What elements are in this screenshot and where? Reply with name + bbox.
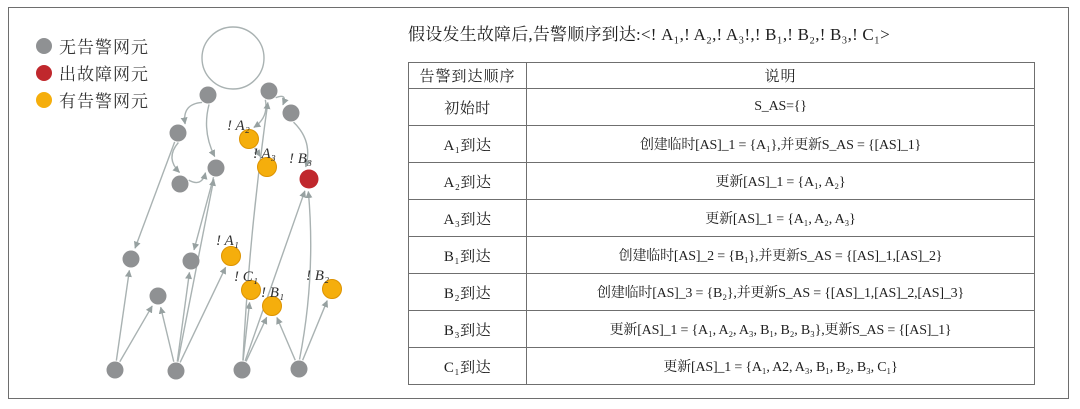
description-cell: 更新[AS]_1 = {A₁, A₂, A₃} xyxy=(527,200,1035,237)
yellow-node xyxy=(222,247,241,266)
figure: ! A₂! A₃! B₃! A₁! C₁! B₁! B₂ 无告警网元 出故障网元… xyxy=(0,0,1080,409)
node-label: ! B₃ xyxy=(289,151,312,167)
node-label: ! A₂ xyxy=(227,118,250,134)
description-cell: 创建临时[AS]_2 = {B₁},并更新S_AS = {[AS]_1,[AS]… xyxy=(527,237,1035,274)
table-row: B₂到达 创建临时[AS]_3 = {B₂},并更新S_AS = {[AS]_1… xyxy=(409,274,1035,311)
description-cell: 创建临时[AS]_1 = {A₁},并更新S_AS = {[AS]_1} xyxy=(527,126,1035,163)
order-cell: 初始时 xyxy=(409,89,527,126)
column-header-description: 说明 xyxy=(527,63,1035,89)
node-label: ! A₃ xyxy=(253,146,276,162)
gray-node xyxy=(170,125,187,142)
gray-node xyxy=(107,362,124,379)
gray-node xyxy=(150,288,167,305)
gray-node xyxy=(261,83,278,100)
order-cell: A₃到达 xyxy=(409,200,527,237)
alarm-order-table: 告警到达顺序 说明 初始时 S_AS={} A₁到达 创建临时[AS]_1 = … xyxy=(408,62,1035,385)
table-row: B₁到达 创建临时[AS]_2 = {B₁},并更新S_AS = {[AS]_1… xyxy=(409,237,1035,274)
legend-label: 出故障网元 xyxy=(59,60,149,85)
legend-label: 有告警网元 xyxy=(59,87,149,112)
table-header-row: 告警到达顺序 说明 xyxy=(409,63,1035,89)
node-label: ! B₂ xyxy=(306,268,329,284)
table-row: A₃到达 更新[AS]_1 = {A₁, A₂, A₃} xyxy=(409,200,1035,237)
description-cell: S_AS={} xyxy=(527,89,1035,126)
alarm-sequence-heading: 假设发生故障后,告警顺序到达:<! A₁,! A₂,! A₃!,! B₁,! B… xyxy=(408,24,1035,46)
description-cell: 创建临时[AS]_3 = {B₂},并更新S_AS = {[AS]_1,[AS]… xyxy=(527,274,1035,311)
table-row: A₂到达 更新[AS]_1 = {A₁, A₂} xyxy=(409,163,1035,200)
table-row: 初始时 S_AS={} xyxy=(409,89,1035,126)
table-row: A₁到达 创建临时[AS]_1 = {A₁},并更新S_AS = {[AS]_1… xyxy=(409,126,1035,163)
legend-item-alarmed: 有告警网元 xyxy=(36,86,149,113)
legend-label: 无告警网元 xyxy=(59,33,149,58)
gray-node xyxy=(123,251,140,268)
node-label: ! C₁ xyxy=(234,269,258,285)
order-cell: B₁到达 xyxy=(409,237,527,274)
order-cell: C₁到达 xyxy=(409,348,527,385)
gray-node xyxy=(183,253,200,270)
table-row: B₃到达 更新[AS]_1 = {A₁, A₂, A₃, B₁, B₂, B₃}… xyxy=(409,311,1035,348)
gray-node xyxy=(208,160,225,177)
gray-node xyxy=(283,105,300,122)
description-cell: 更新[AS]_1 = {A₁, A₂, A₃, B₁, B₂, B₃},更新S_… xyxy=(527,311,1035,348)
table-row: C₁到达 更新[AS]_1 = {A₁, A2, A₃, B₁, B₂, B₃,… xyxy=(409,348,1035,385)
red-node xyxy=(300,170,319,189)
gray-node xyxy=(172,176,189,193)
description-cell: 更新[AS]_1 = {A₁, A2, A₃, B₁, B₂, B₃, C₁} xyxy=(527,348,1035,385)
description-cell: 更新[AS]_1 = {A₁, A₂} xyxy=(527,163,1035,200)
node-label: ! B₁ xyxy=(261,285,284,301)
order-cell: A₂到达 xyxy=(409,163,527,200)
yellow-node-icon xyxy=(36,92,52,108)
gray-node xyxy=(168,363,185,380)
gray-node xyxy=(291,361,308,378)
legend-item-faulty: 出故障网元 xyxy=(36,59,149,86)
legend-item-no-alarm: 无告警网元 xyxy=(36,32,149,59)
gray-node xyxy=(200,87,217,104)
node-label: ! A₁ xyxy=(216,233,239,249)
order-cell: B₃到达 xyxy=(409,311,527,348)
gray-node xyxy=(234,362,251,379)
order-cell: A₁到达 xyxy=(409,126,527,163)
column-header-order: 告警到达顺序 xyxy=(409,63,527,89)
order-cell: B₂到达 xyxy=(409,274,527,311)
alarm-description-panel: 假设发生故障后,告警顺序到达:<! A₁,! A₂,! A₃!,! B₁,! B… xyxy=(408,24,1035,385)
legend: 无告警网元 出故障网元 有告警网元 xyxy=(36,32,149,113)
red-node-icon xyxy=(36,65,52,81)
gray-node-icon xyxy=(36,38,52,54)
